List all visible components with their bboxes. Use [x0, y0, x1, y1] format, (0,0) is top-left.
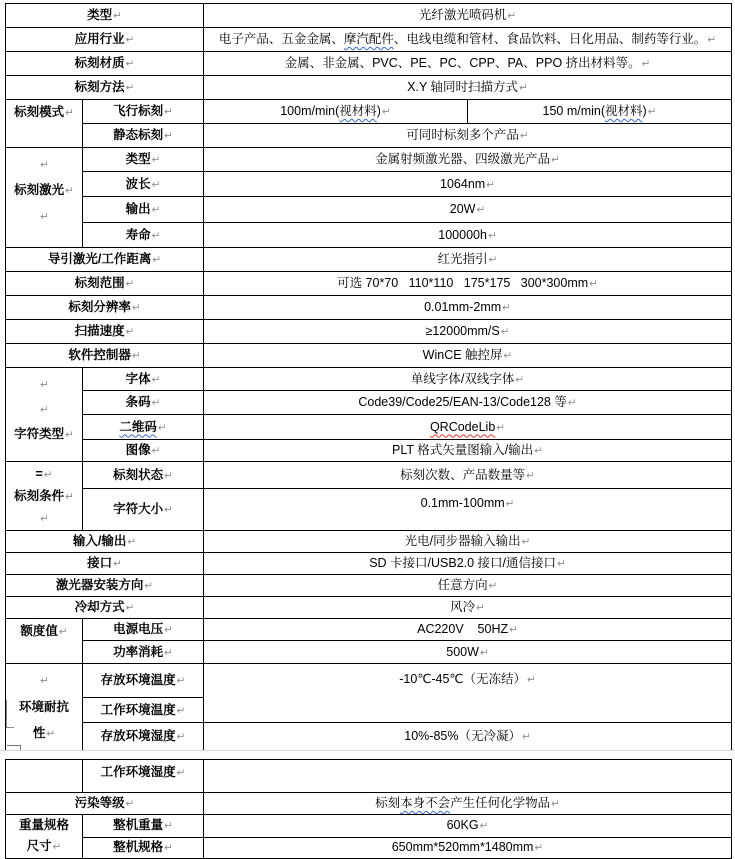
value-image: PLT 格式矢量图输入/输出↵: [204, 440, 732, 462]
value-text: 10%-85%（无冷凝）: [404, 729, 521, 743]
paragraph-mark: ↵: [64, 429, 74, 441]
label-text: 工作环境温度: [101, 703, 176, 717]
label-application-industry: 应用行业↵: [6, 28, 204, 52]
paragraph-mark: ↵: [131, 350, 141, 362]
value-text: -10℃-45℃（无冻结）: [399, 672, 526, 686]
label-text: 输入/输出: [73, 534, 126, 548]
value-text: 20W: [450, 202, 476, 216]
value-text: 光电/同步器输入输出: [405, 534, 521, 548]
value-text: ≥12000mm/S: [425, 324, 499, 338]
value-fly-speed-1: 100m/min(视材料)↵: [204, 100, 468, 124]
value-power-voltage: AC220V 50HZ↵: [204, 619, 732, 641]
paragraph-mark: ↵: [508, 624, 518, 636]
value-character-size: 0.1mm-100mm↵: [204, 489, 732, 531]
paragraph-mark: ↵: [125, 34, 135, 46]
paragraph-mark: ↵: [58, 626, 68, 638]
value-text: 标刻次数、产品数量等: [400, 468, 525, 482]
value-text: SD 卡接口/USB2.0 接口/通信接口: [369, 556, 556, 570]
spec-table-continued: 工作环境湿度↵ 污染等级↵ 标刻本身不会产生任何化学物品↵ 重量规格 尺寸↵ 整…: [5, 759, 732, 859]
paragraph-mark: ↵: [157, 422, 167, 434]
paragraph-mark: ↵: [126, 536, 136, 548]
paragraph-mark: ↵: [163, 842, 173, 854]
value-text: 红光指引: [438, 252, 488, 266]
label-text: 标刻分辨率: [68, 300, 131, 314]
label-text: 存放环境湿度: [101, 729, 176, 743]
value-marking-status: 标刻次数、产品数量等↵: [204, 462, 732, 489]
label-image: 图像↵: [83, 440, 204, 462]
label-text: 电源电压: [113, 622, 163, 636]
value-laser-type: 金属射频激光器、四级激光产品↵: [204, 148, 732, 172]
label-font: 字体↵: [83, 368, 204, 391]
label-text: 波长: [126, 177, 151, 191]
label-text: 输出: [126, 202, 151, 216]
value-text: 500W: [446, 645, 479, 659]
paragraph-mark: ↵: [521, 536, 531, 548]
label-output-power: 输出↵: [83, 197, 204, 223]
value-machine-weight: 60KG↵: [204, 815, 732, 838]
label-text: 图像: [126, 443, 151, 457]
label-text: 软件控制器: [68, 348, 131, 362]
label-type: 类型↵: [6, 4, 204, 28]
group-marking-laser: ↵ 标刻激光↵ ↵: [6, 148, 83, 248]
label-text: 导引激光/工作距离: [48, 252, 151, 266]
group-weight-spec: 重量规格 尺寸↵: [6, 815, 83, 859]
paragraph-mark: ↵: [64, 491, 74, 503]
paragraph-mark: ↵: [43, 469, 53, 481]
paragraph-mark: ↵: [125, 278, 135, 290]
label-text: 污染等级: [75, 796, 125, 810]
group-label-text: 标刻条件: [14, 489, 64, 503]
value-text-grammar-flag: 摩汽配件: [344, 32, 394, 46]
paragraph-mark: ↵: [501, 302, 511, 314]
value-text: 150 m/min(: [543, 104, 606, 118]
label-interface: 接口↵: [6, 553, 204, 575]
paragraph-mark: ↵: [143, 580, 153, 592]
value-text: 100000h: [438, 228, 487, 242]
paragraph-mark: ↵: [514, 374, 524, 386]
value-fly-speed-2: 150 m/min(视材料)↵: [468, 100, 732, 124]
group-label-text: 额度值: [20, 624, 58, 638]
label-text: 接口: [87, 556, 112, 570]
paragraph-mark: ↵: [39, 379, 49, 391]
label-text: 标刻范围: [75, 276, 125, 290]
paragraph-mark: ↵: [52, 841, 62, 853]
label-wavelength: 波长↵: [83, 172, 204, 197]
paragraph-mark: ↵: [506, 10, 516, 22]
label-text: 寿命: [126, 228, 151, 242]
left-margin-tick-mark: [6, 700, 14, 728]
paragraph-mark: ↵: [151, 154, 161, 166]
value-text: 产生任何化学物品: [450, 796, 550, 810]
value-text: 光纤激光喷码机: [419, 8, 507, 22]
paragraph-mark: ↵: [176, 705, 186, 717]
value-text-spelling-flag: QRCodeLib: [430, 420, 495, 434]
label-marking-range: 标刻范围↵: [6, 272, 204, 296]
label-text: 字符大小: [113, 502, 163, 516]
paragraph-mark: ↵: [567, 397, 577, 409]
group-label-text: 标刻激光: [14, 183, 64, 197]
label-text: 应用行业: [75, 32, 125, 46]
group-label-text: 性: [33, 726, 46, 740]
value-text: 金属射频激光器、四级激光产品: [375, 152, 550, 166]
label-pollution-level: 污染等级↵: [6, 793, 204, 815]
paragraph-mark: ↵: [163, 470, 173, 482]
group-label-stack: 重量规格 尺寸↵: [8, 815, 80, 858]
value-input-output: 光电/同步器输入输出↵: [204, 531, 732, 553]
label-text: 工作环境湿度: [101, 765, 176, 779]
label-text: 功率消耗: [113, 645, 163, 659]
paragraph-mark: ↵: [533, 842, 543, 854]
label-text: 静态标刻: [113, 128, 163, 142]
paragraph-mark: ↵: [151, 204, 161, 216]
value-interface: SD 卡接口/USB2.0 接口/通信接口↵: [204, 553, 732, 575]
paragraph-mark: ↵: [163, 820, 173, 832]
value-lifetime: 100000h↵: [204, 223, 732, 248]
label-text: 标刻方法: [75, 80, 125, 94]
group-label-stack: ↵ 环境耐抗 性↵: [8, 667, 80, 747]
label-machine-size: 整机规格↵: [83, 837, 204, 859]
paragraph-mark: ↵: [475, 204, 485, 216]
value-font: 单线字体/双线字体↵: [204, 368, 732, 391]
label-text: 飞行标刻: [113, 104, 163, 118]
paragraph-mark: ↵: [163, 647, 173, 659]
group-label-stack: ↵ ↵ 字符类型↵: [8, 372, 80, 447]
paragraph-mark: ↵: [112, 558, 122, 570]
group-label-text: 尺寸: [27, 839, 52, 853]
label-text: 类型: [126, 152, 151, 166]
group-label-text: 环境耐抗: [19, 700, 69, 714]
label-text-grammar-flag: 二维码: [119, 420, 157, 434]
value-marking-material: 金属、非金属、PVC、PE、PC、CPP、PA、PPO 挤出材料等。↵: [204, 52, 732, 76]
group-rated-value: 额度值↵: [6, 619, 83, 664]
paragraph-mark: ↵: [151, 179, 161, 191]
paragraph-mark: ↵: [641, 58, 651, 70]
paragraph-mark: ↵: [39, 404, 49, 416]
value-text: 60KG: [447, 818, 479, 832]
group-label-text: 标刻模式: [14, 105, 64, 119]
equals-mark: =: [35, 467, 42, 481]
label-text: 存放环境温度: [101, 673, 176, 687]
paragraph-mark: ↵: [647, 106, 657, 118]
label-input-output: 输入/输出↵: [6, 531, 204, 553]
label-marking-method: 标刻方法↵: [6, 76, 204, 100]
label-text: 条码: [126, 395, 151, 409]
value-text-grammar-flag: 视材料: [339, 104, 377, 118]
paragraph-mark: ↵: [533, 445, 543, 457]
value-text: 风冷: [450, 600, 475, 614]
value-marking-method: X.Y 轴同时扫描方式↵: [204, 76, 732, 100]
label-marking-material: 标刻材质↵: [6, 52, 204, 76]
value-power-consumption: 500W↵: [204, 641, 732, 664]
paragraph-mark: ↵: [550, 798, 560, 810]
label-character-size: 字符大小↵: [83, 489, 204, 531]
paragraph-mark: ↵: [151, 374, 161, 386]
paragraph-mark: ↵: [176, 767, 186, 779]
label-cooling-method: 冷却方式↵: [6, 597, 204, 619]
value-laser-install-direction: 任意方向↵: [204, 575, 732, 597]
paragraph-mark: ↵: [125, 82, 135, 94]
paragraph-mark: ↵: [488, 580, 498, 592]
empty-cell: [6, 760, 83, 793]
value-text-grammar-flag: 视材料: [605, 104, 643, 118]
paragraph-mark: ↵: [505, 498, 515, 510]
value-marking-range: 可选 70*70 110*110 175*175 300*300mm↵: [204, 272, 732, 296]
value-wavelength: 1064nm↵: [204, 172, 732, 197]
value-text: 650mm*520mm*1480mm: [392, 840, 534, 854]
value-text: Code39/Code25/EAN-13/Code128 等: [358, 395, 566, 409]
label-software-controller: 软件控制器↵: [6, 344, 204, 368]
label-text: 类型: [87, 8, 112, 22]
spec-table-main: 类型↵ 光纤激光喷码机↵ 应用行业↵ 电子产品、五金金属、摩汽配件、电线电缆和管…: [5, 3, 732, 751]
paragraph-mark: ↵: [588, 278, 598, 290]
value-text: 可选 70*70 110*110 175*175 300*300mm: [337, 276, 588, 290]
value-output-power: 20W↵: [204, 197, 732, 223]
paragraph-mark: ↵: [487, 230, 497, 242]
paragraph-mark: ↵: [151, 254, 161, 266]
paragraph-mark: ↵: [163, 106, 173, 118]
paragraph-mark: ↵: [125, 798, 135, 810]
value-type: 光纤激光喷码机↵: [204, 4, 732, 28]
label-guide-laser-working-distance: 导引激光/工作距离↵: [6, 248, 204, 272]
label-text: 整机规格: [113, 840, 163, 854]
group-environment-resistance: ↵ 环境耐抗 性↵: [6, 664, 83, 751]
value-storage-working-temperature: -10℃-45℃（无冻结）↵: [204, 664, 732, 723]
paragraph-mark: ↵: [163, 130, 173, 142]
label-fly-marking: 飞行标刻↵: [83, 100, 204, 124]
label-scanning-speed: 扫描速度↵: [6, 320, 204, 344]
value-pollution-level: 标刻本身不会产生任何化学物品↵: [204, 793, 732, 815]
label-storage-temperature: 存放环境温度↵: [83, 664, 204, 698]
label-laser-type: 类型↵: [83, 148, 204, 172]
group-marking-condition: =↵ 标刻条件↵ ↵: [6, 462, 83, 531]
paragraph-mark: ↵: [176, 675, 186, 687]
value-cooling-method: 风冷↵: [204, 597, 732, 619]
value-text: 标刻: [375, 796, 400, 810]
paragraph-mark: ↵: [519, 130, 529, 142]
paragraph-mark: ↵: [500, 326, 510, 338]
value-text: 1064nm: [440, 177, 485, 191]
paragraph-mark: ↵: [518, 82, 528, 94]
value-text: 0.1mm-100mm: [421, 496, 505, 510]
paragraph-mark: ↵: [131, 302, 141, 314]
paragraph-mark: ↵: [112, 10, 122, 22]
paragraph-mark: ↵: [125, 58, 135, 70]
value-machine-size: 650mm*520mm*1480mm↵: [204, 837, 732, 859]
paragraph-mark: ↵: [488, 254, 498, 266]
label-working-temperature: 工作环境温度↵: [83, 698, 204, 723]
empty-cell: [204, 760, 732, 793]
value-text: 可同时标刻多个产品: [406, 128, 519, 142]
group-marking-mode: 标刻模式↵: [6, 100, 83, 148]
label-text: 激光器安装方向: [56, 578, 144, 592]
paragraph-mark: ↵: [479, 647, 489, 659]
value-guide-laser: 红光指引↵: [204, 248, 732, 272]
value-storage-humidity: 10%-85%（无冷凝）↵: [204, 723, 732, 751]
value-scanning-speed: ≥12000mm/S↵: [204, 320, 732, 344]
value-text: 任意方向: [438, 578, 488, 592]
table-break-divider-line: [0, 750, 735, 751]
group-label-stack: ↵ 标刻激光↵ ↵: [8, 152, 80, 230]
paragraph-mark: ↵: [39, 211, 49, 223]
paragraph-mark: ↵: [503, 350, 513, 362]
paragraph-mark: ↵: [151, 445, 161, 457]
value-text: AC220V 50HZ: [417, 622, 508, 636]
paragraph-mark: ↵: [163, 624, 173, 636]
value-text-grammar-flag: 本身不会: [400, 796, 450, 810]
paragraph-mark: ↵: [706, 34, 716, 46]
value-qrcode: QRCodeLib↵: [204, 415, 732, 440]
value-marking-resolution: 0.01mm-2mm↵: [204, 296, 732, 320]
paragraph-mark: ↵: [475, 602, 485, 614]
label-laser-install-direction: 激光器安装方向↵: [6, 575, 204, 597]
paragraph-mark: ↵: [550, 154, 560, 166]
label-power-voltage: 电源电压↵: [83, 619, 204, 641]
group-character-type: ↵ ↵ 字符类型↵: [6, 368, 83, 462]
value-software-controller: WinCE 触控屏↵: [204, 344, 732, 368]
value-text: X.Y 轴同时扫描方式: [407, 80, 518, 94]
paragraph-mark: ↵: [125, 326, 135, 338]
paragraph-mark: ↵: [64, 107, 74, 119]
label-text: 字体: [126, 372, 151, 386]
label-machine-weight: 整机重量↵: [83, 815, 204, 838]
value-application-industry: 电子产品、五金金属、摩汽配件、电线电缆和管材、食品饮料、日化用品、制药等行业。↵: [204, 28, 732, 52]
value-text: 电子产品、五金金属、: [219, 32, 344, 46]
paragraph-mark: ↵: [479, 820, 489, 832]
label-text: 标刻材质: [75, 56, 125, 70]
paragraph-mark: ↵: [495, 422, 505, 434]
value-text: 100m/min(: [280, 104, 339, 118]
paragraph-mark: ↵: [39, 513, 49, 525]
value-text: 单线字体/双线字体: [411, 372, 514, 386]
paragraph-mark: ↵: [45, 728, 55, 740]
paragraph-mark: ↵: [151, 230, 161, 242]
paragraph-mark: ↵: [151, 397, 161, 409]
paragraph-mark: ↵: [64, 185, 74, 197]
paragraph-mark: ↵: [39, 159, 49, 171]
group-label-text: 重量规格: [19, 818, 69, 832]
value-text: WinCE 触控屏: [423, 348, 503, 362]
value-static-marking: 可同时标刻多个产品↵: [204, 124, 732, 148]
paragraph-mark: ↵: [556, 558, 566, 570]
value-text: 金属、非金属、PVC、PE、PC、CPP、PA、PPO 挤出材料等。: [285, 56, 641, 70]
label-lifetime: 寿命↵: [83, 223, 204, 248]
label-text: 标刻状态: [113, 468, 163, 482]
paragraph-mark: ↵: [163, 504, 173, 516]
paragraph-mark: ↵: [125, 602, 135, 614]
label-power-consumption: 功率消耗↵: [83, 641, 204, 664]
paragraph-mark: ↵: [176, 731, 186, 743]
label-text: 扫描速度: [75, 324, 125, 338]
paragraph-mark: ↵: [526, 674, 536, 686]
paragraph-mark: ↵: [521, 731, 531, 743]
label-qrcode: 二维码↵: [83, 415, 204, 440]
paragraph-mark: ↵: [525, 470, 535, 482]
label-working-humidity: 工作环境湿度↵: [83, 760, 204, 793]
label-marking-resolution: 标刻分辨率↵: [6, 296, 204, 320]
value-barcode: Code39/Code25/EAN-13/Code128 等↵: [204, 391, 732, 415]
value-text: PLT 格式矢量图输入/输出: [392, 443, 533, 457]
label-storage-humidity: 存放环境湿度↵: [83, 723, 204, 751]
paragraph-mark: ↵: [381, 106, 391, 118]
label-text: 冷却方式: [75, 600, 125, 614]
label-barcode: 条码↵: [83, 391, 204, 415]
value-text: 0.01mm-2mm: [424, 300, 501, 314]
label-marking-status: 标刻状态↵: [83, 462, 204, 489]
label-static-marking: 静态标刻↵: [83, 124, 204, 148]
paragraph-mark: ↵: [39, 675, 49, 687]
group-label-stack: =↵ 标刻条件↵ ↵: [8, 464, 80, 530]
value-text: 、电线电缆和管材、食品饮料、日化用品、制药等行业。: [394, 32, 707, 46]
label-text: 整机重量: [113, 818, 163, 832]
group-label-text: 字符类型: [14, 427, 64, 441]
paragraph-mark: ↵: [485, 179, 495, 191]
